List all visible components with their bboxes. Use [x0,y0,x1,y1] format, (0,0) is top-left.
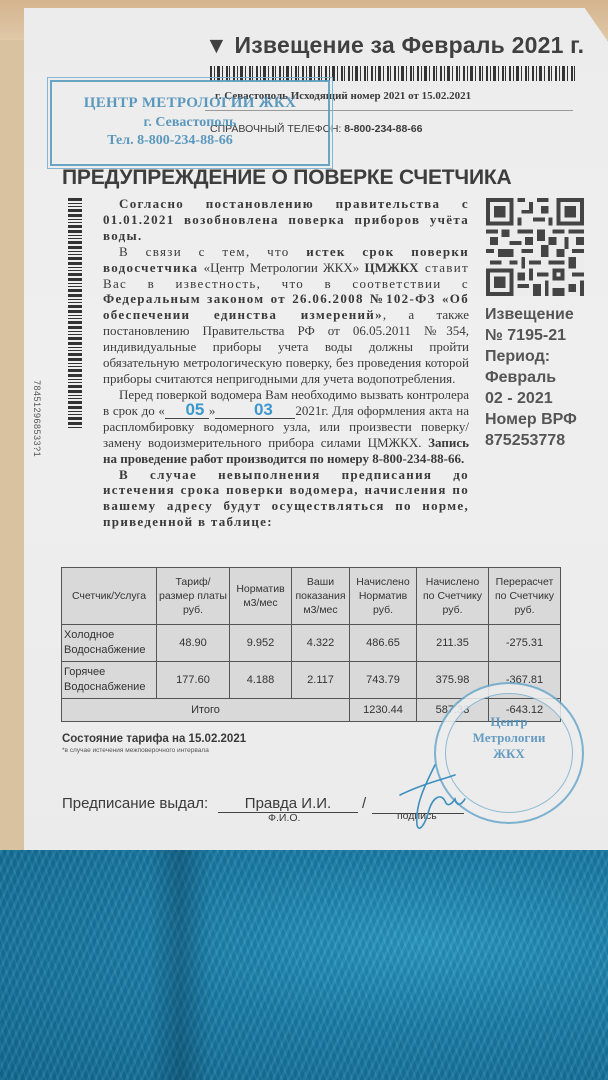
period-month: Февраль [485,367,577,388]
fabric-fold [150,850,210,1080]
notice-number: № 7195-21 [485,325,577,346]
table-cell: 48.90 [157,625,230,662]
vertical-barcode-icon [68,198,82,430]
notice-label: Извещение [485,304,577,325]
table-cell: 4.188 [230,662,292,699]
stamp-phone: Тел. 8-800-234-88-66 [12,133,328,149]
fio-caption: Ф.И.О. [268,812,300,824]
org-stamp: ЦЕНТР МЕТРОЛОГИИ ЖКХ г. Севастополь Тел.… [50,80,330,166]
table-cell: 211.35 [417,625,489,662]
col-header: Ваши показания м3/мес [292,568,350,625]
table-cell: 743.79 [350,662,417,699]
paragraph-1-text: Согласно постановлению правительства с 0… [103,196,469,243]
total-label: Итого [62,699,350,722]
table-cell: Горячее Водоснабжение [62,662,157,699]
vrf-label: Номер ВРФ [485,409,577,430]
p2-c: «Центр Метрологии ЖКХ» [198,260,364,275]
table-cell: Холодное Водоснабжение [62,625,157,662]
notice-title: ▼ Извещение за Февраль 2021 г. [205,32,584,59]
handwritten-signature-icon [395,755,515,835]
warning-title: ПРЕДУПРЕЖДЕНИЕ О ПОВЕРКЕ СЧЕТЧИКА [62,166,511,190]
deadline-month: 03 [254,400,273,419]
paragraph-3: Перед поверкой водомера Вам необходимо в… [103,387,469,467]
table-cell: 177.60 [157,662,230,699]
vrf-number: 875253778 [485,430,577,451]
seal-line-2: Метрологии [436,730,582,746]
table-cell: 2.117 [292,662,350,699]
barcode-icon [210,66,578,81]
notice-side-info: Извещение № 7195-21 Период: Февраль 02 -… [485,304,577,451]
seal-line-1: Центр [436,714,582,730]
col-header: Перерасчет по Счетчику руб. [489,568,561,625]
paragraph-4: В случае невыполнения предписания до ист… [103,467,469,531]
deadline-day-field: 05 [165,403,209,419]
deadline-day: 05 [185,400,204,419]
table-cell: 486.65 [350,625,417,662]
table-row: Холодное Водоснабжение 48.90 9.952 4.322… [62,625,561,662]
table-cell: 4.322 [292,625,350,662]
col-header: Счетчик/Услуга [62,568,157,625]
qr-code-icon [486,198,584,296]
col-header: Начислено Норматив руб. [350,568,417,625]
table-cell: -275.31 [489,625,561,662]
col-header: Тариф/размер платы руб. [157,568,230,625]
paragraph-1: Согласно постановлению правительства с 0… [103,196,469,244]
total-accrued-norm: 1230.44 [350,699,417,722]
stamp-city: г. Севастополь [52,115,328,131]
stamp-org-name: ЦЕНТР МЕТРОЛОГИИ ЖКХ [52,95,328,112]
col-header: Начислено по Счетчику руб. [417,568,489,625]
col-header: Норматив м3/мес [230,568,292,625]
issued-by-label: Предписание выдал: [62,795,208,812]
paragraph-2: В связи с тем, что истек срок поверки во… [103,244,469,387]
period-label: Период: [485,346,577,367]
phone-number: 8-800-234-88-66 [344,123,422,135]
tariff-state: Состояние тарифа на 15.02.2021 [62,733,246,745]
tariff-note: *в случае истечения межповерочного интер… [62,747,209,754]
separator-slash: / [362,795,366,812]
p2-d: ЦМЖКХ [364,260,418,275]
notice-body: Согласно постановлению правительства с 0… [103,196,469,530]
issuer-name: Правда И.И. [218,795,358,813]
deadline-month-field: 03 [215,403,295,419]
p4: В случае невыполнения предписания до ист… [103,467,469,530]
blue-fabric-background [0,850,608,1080]
barcode-number: 784512968533?1 [32,380,42,457]
p2-a: В связи с тем, что [119,244,306,259]
period-value: 02 - 2021 [485,388,577,409]
table-cell: 9.952 [230,625,292,662]
table-header-row: Счетчик/Услуга Тариф/размер платы руб. Н… [62,568,561,625]
